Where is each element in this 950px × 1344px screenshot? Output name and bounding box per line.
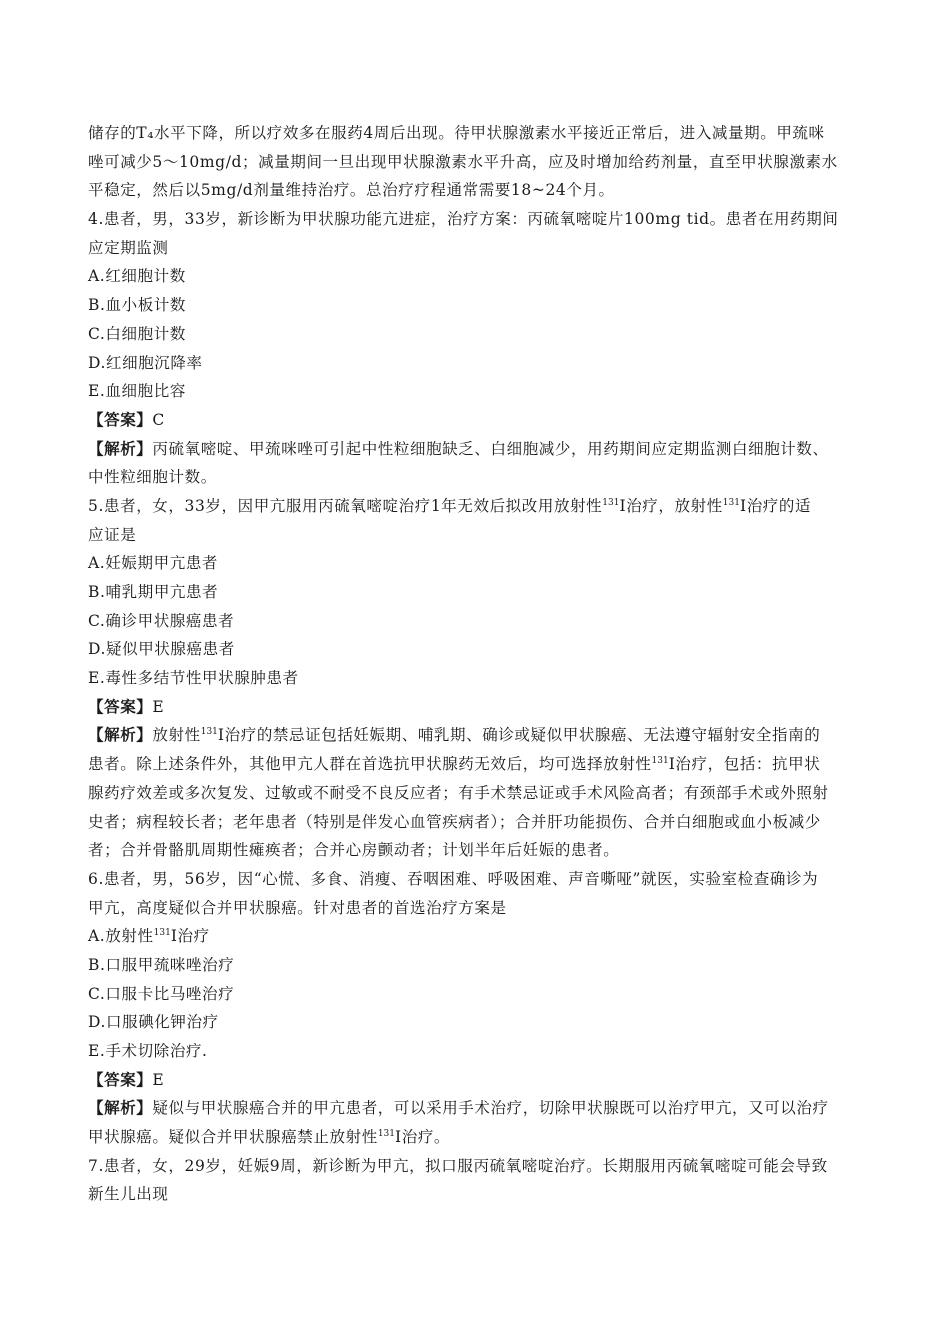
answer-value: E — [152, 698, 164, 716]
q4-analysis-line-2: 中性粒细胞计数。 — [88, 463, 863, 492]
q5-option-a: A.妊娠期甲亢患者 — [88, 549, 863, 578]
q5-option-d: D.疑似甲状腺癌患者 — [88, 635, 863, 664]
analysis-text-a: 放射性 — [152, 726, 200, 744]
q4-option-d: D.红细胞沉降率 — [88, 349, 863, 378]
analysis-text-a: 患者。除上述条件外，其他甲亢人群在首选抗甲状腺药无效后，均可选择放射性 — [88, 755, 652, 773]
q6-option-b: B.口服甲巯咪唑治疗 — [88, 951, 863, 980]
q6-stem-line-1: 6.患者，男，56岁，因“心慌、多食、消瘦、吞咽困难、呼吸困难、声音嘶哑”就医，… — [88, 865, 863, 894]
isotope-superscript: 131 — [602, 498, 619, 508]
analysis-text-b: I治疗。 — [395, 1128, 450, 1146]
q4-option-a: A.红细胞计数 — [88, 262, 863, 291]
document-page: 储存的T₄水平下降，所以疗效多在服药4周后出现。待甲状腺激素水平接近正常后，进入… — [88, 119, 863, 1209]
q5-stem-line-1: 5.患者，女，33岁，因甲亢服用丙硫氧嘧啶治疗1年无效后拟改用放射性131I治疗… — [88, 492, 863, 521]
q5-stem-text-b: I治疗，放射性 — [619, 497, 722, 515]
isotope-superscript: 131 — [154, 928, 171, 938]
q5-stem-text-c: I治疗的适 — [740, 497, 811, 515]
q4-option-b: B.血小板计数 — [88, 291, 863, 320]
q7-stem-line-1: 7.患者，女，29岁，妊娠9周，新诊断为甲亢，拟口服丙硫氧嘧啶治疗。长期服用丙硫… — [88, 1152, 863, 1181]
answer-tag: 【答案】 — [88, 410, 152, 429]
q6-analysis-line-2: 甲状腺癌。疑似合并甲状腺癌禁止放射性131I治疗。 — [88, 1123, 863, 1152]
continuation-line-1: 储存的T₄水平下降，所以疗效多在服药4周后出现。待甲状腺激素水平接近正常后，进入… — [88, 119, 863, 148]
q5-stem-text-a: 5.患者，女，33岁，因甲亢服用丙硫氧嘧啶治疗1年无效后拟改用放射性 — [88, 497, 602, 515]
isotope-superscript: 131 — [652, 756, 669, 766]
analysis-text-b: I治疗的禁忌证包括妊娠期、哺乳期、确诊或疑似甲状腺癌、无法遵守辐射安全指南的 — [218, 726, 820, 744]
q4-option-c: C.白细胞计数 — [88, 320, 863, 349]
analysis-tag: 【解析】 — [88, 725, 152, 744]
answer-tag: 【答案】 — [88, 697, 152, 716]
answer-value: C — [152, 411, 164, 429]
analysis-text: 丙硫氧嘧啶、甲巯咪唑可引起中性粒细胞缺乏、白细胞减少，用药期间应定期监测白细胞计… — [152, 440, 828, 458]
q5-option-e: E.毒性多结节性甲状腺肿患者 — [88, 664, 863, 693]
q6-answer: 【答案】E — [88, 1066, 863, 1095]
option-a-prefix: A.放射性 — [88, 927, 154, 945]
q4-option-e: E.血细胞比容 — [88, 377, 863, 406]
continuation-line-3: 平稳定，然后以5mg/d剂量维持治疗。总治疗疗程通常需要18~24个月。 — [88, 176, 863, 205]
q5-analysis-line-1: 【解析】放射性131I治疗的禁忌证包括妊娠期、哺乳期、确诊或疑似甲状腺癌、无法遵… — [88, 721, 863, 750]
q5-answer: 【答案】E — [88, 693, 863, 722]
q5-analysis-line-5: 者；合并骨骼肌周期性瘫痪者；合并心房颤动者；计划半年后妊娠的患者。 — [88, 836, 863, 865]
analysis-text-a: 甲状腺癌。疑似合并甲状腺癌禁止放射性 — [88, 1128, 378, 1146]
q4-stem-line-1: 4.患者，男，33岁，新诊断为甲状腺功能亢进症，治疗方案：丙硫氧嘧啶片100mg… — [88, 205, 863, 234]
q7-stem-line-2: 新生儿出现 — [88, 1180, 863, 1209]
analysis-tag: 【解析】 — [88, 439, 152, 458]
q6-option-a: A.放射性131I治疗 — [88, 922, 863, 951]
q6-analysis-line-1: 【解析】疑似与甲状腺癌合并的甲亢患者，可以采用手术治疗，切除甲状腺既可以治疗甲亢… — [88, 1094, 863, 1123]
q5-analysis-line-2: 患者。除上述条件外，其他甲亢人群在首选抗甲状腺药无效后，均可选择放射性131I治… — [88, 750, 863, 779]
q5-analysis-line-4: 史者；病程较长者；老年患者（特别是伴发心血管疾病者）；合并肝功能损伤、合并白细胞… — [88, 808, 863, 837]
answer-tag: 【答案】 — [88, 1070, 152, 1089]
q4-stem-line-2: 应定期监测 — [88, 234, 863, 263]
q4-analysis-line-1: 【解析】丙硫氧嘧啶、甲巯咪唑可引起中性粒细胞缺乏、白细胞减少，用药期间应定期监测… — [88, 435, 863, 464]
q4-answer: 【答案】C — [88, 406, 863, 435]
q5-option-b: B.哺乳期甲亢患者 — [88, 578, 863, 607]
analysis-tag: 【解析】 — [88, 1098, 152, 1117]
q6-option-d: D.口服碘化钾治疗 — [88, 1008, 863, 1037]
q5-analysis-line-3: 腺药疗效差或多次复发、过敏或不耐受不良反应者；有手术禁忌证或手术风险高者；有颈部… — [88, 779, 863, 808]
q6-option-e: E.手术切除治疗. — [88, 1037, 863, 1066]
option-a-suffix: I治疗 — [171, 927, 210, 945]
q5-stem-line-2: 应证是 — [88, 521, 863, 550]
isotope-superscript: 131 — [201, 727, 218, 737]
answer-value: E — [152, 1071, 164, 1089]
isotope-superscript: 131 — [723, 498, 740, 508]
q6-option-c: C.口服卡比马唑治疗 — [88, 980, 863, 1009]
analysis-text-b: I治疗，包括：抗甲状 — [669, 755, 821, 773]
isotope-superscript: 131 — [378, 1129, 395, 1139]
q5-option-c: C.确诊甲状腺癌患者 — [88, 607, 863, 636]
q6-stem-line-2: 甲亢，高度疑似合并甲状腺癌。针对患者的首选治疗方案是 — [88, 894, 863, 923]
analysis-text: 疑似与甲状腺癌合并的甲亢患者，可以采用手术治疗，切除甲状腺既可以治疗甲亢，又可以… — [152, 1099, 828, 1117]
continuation-line-2: 唑可减少5～10mg/d；减量期间一旦出现甲状腺激素水平升高，应及时增加给药剂量… — [88, 148, 863, 177]
